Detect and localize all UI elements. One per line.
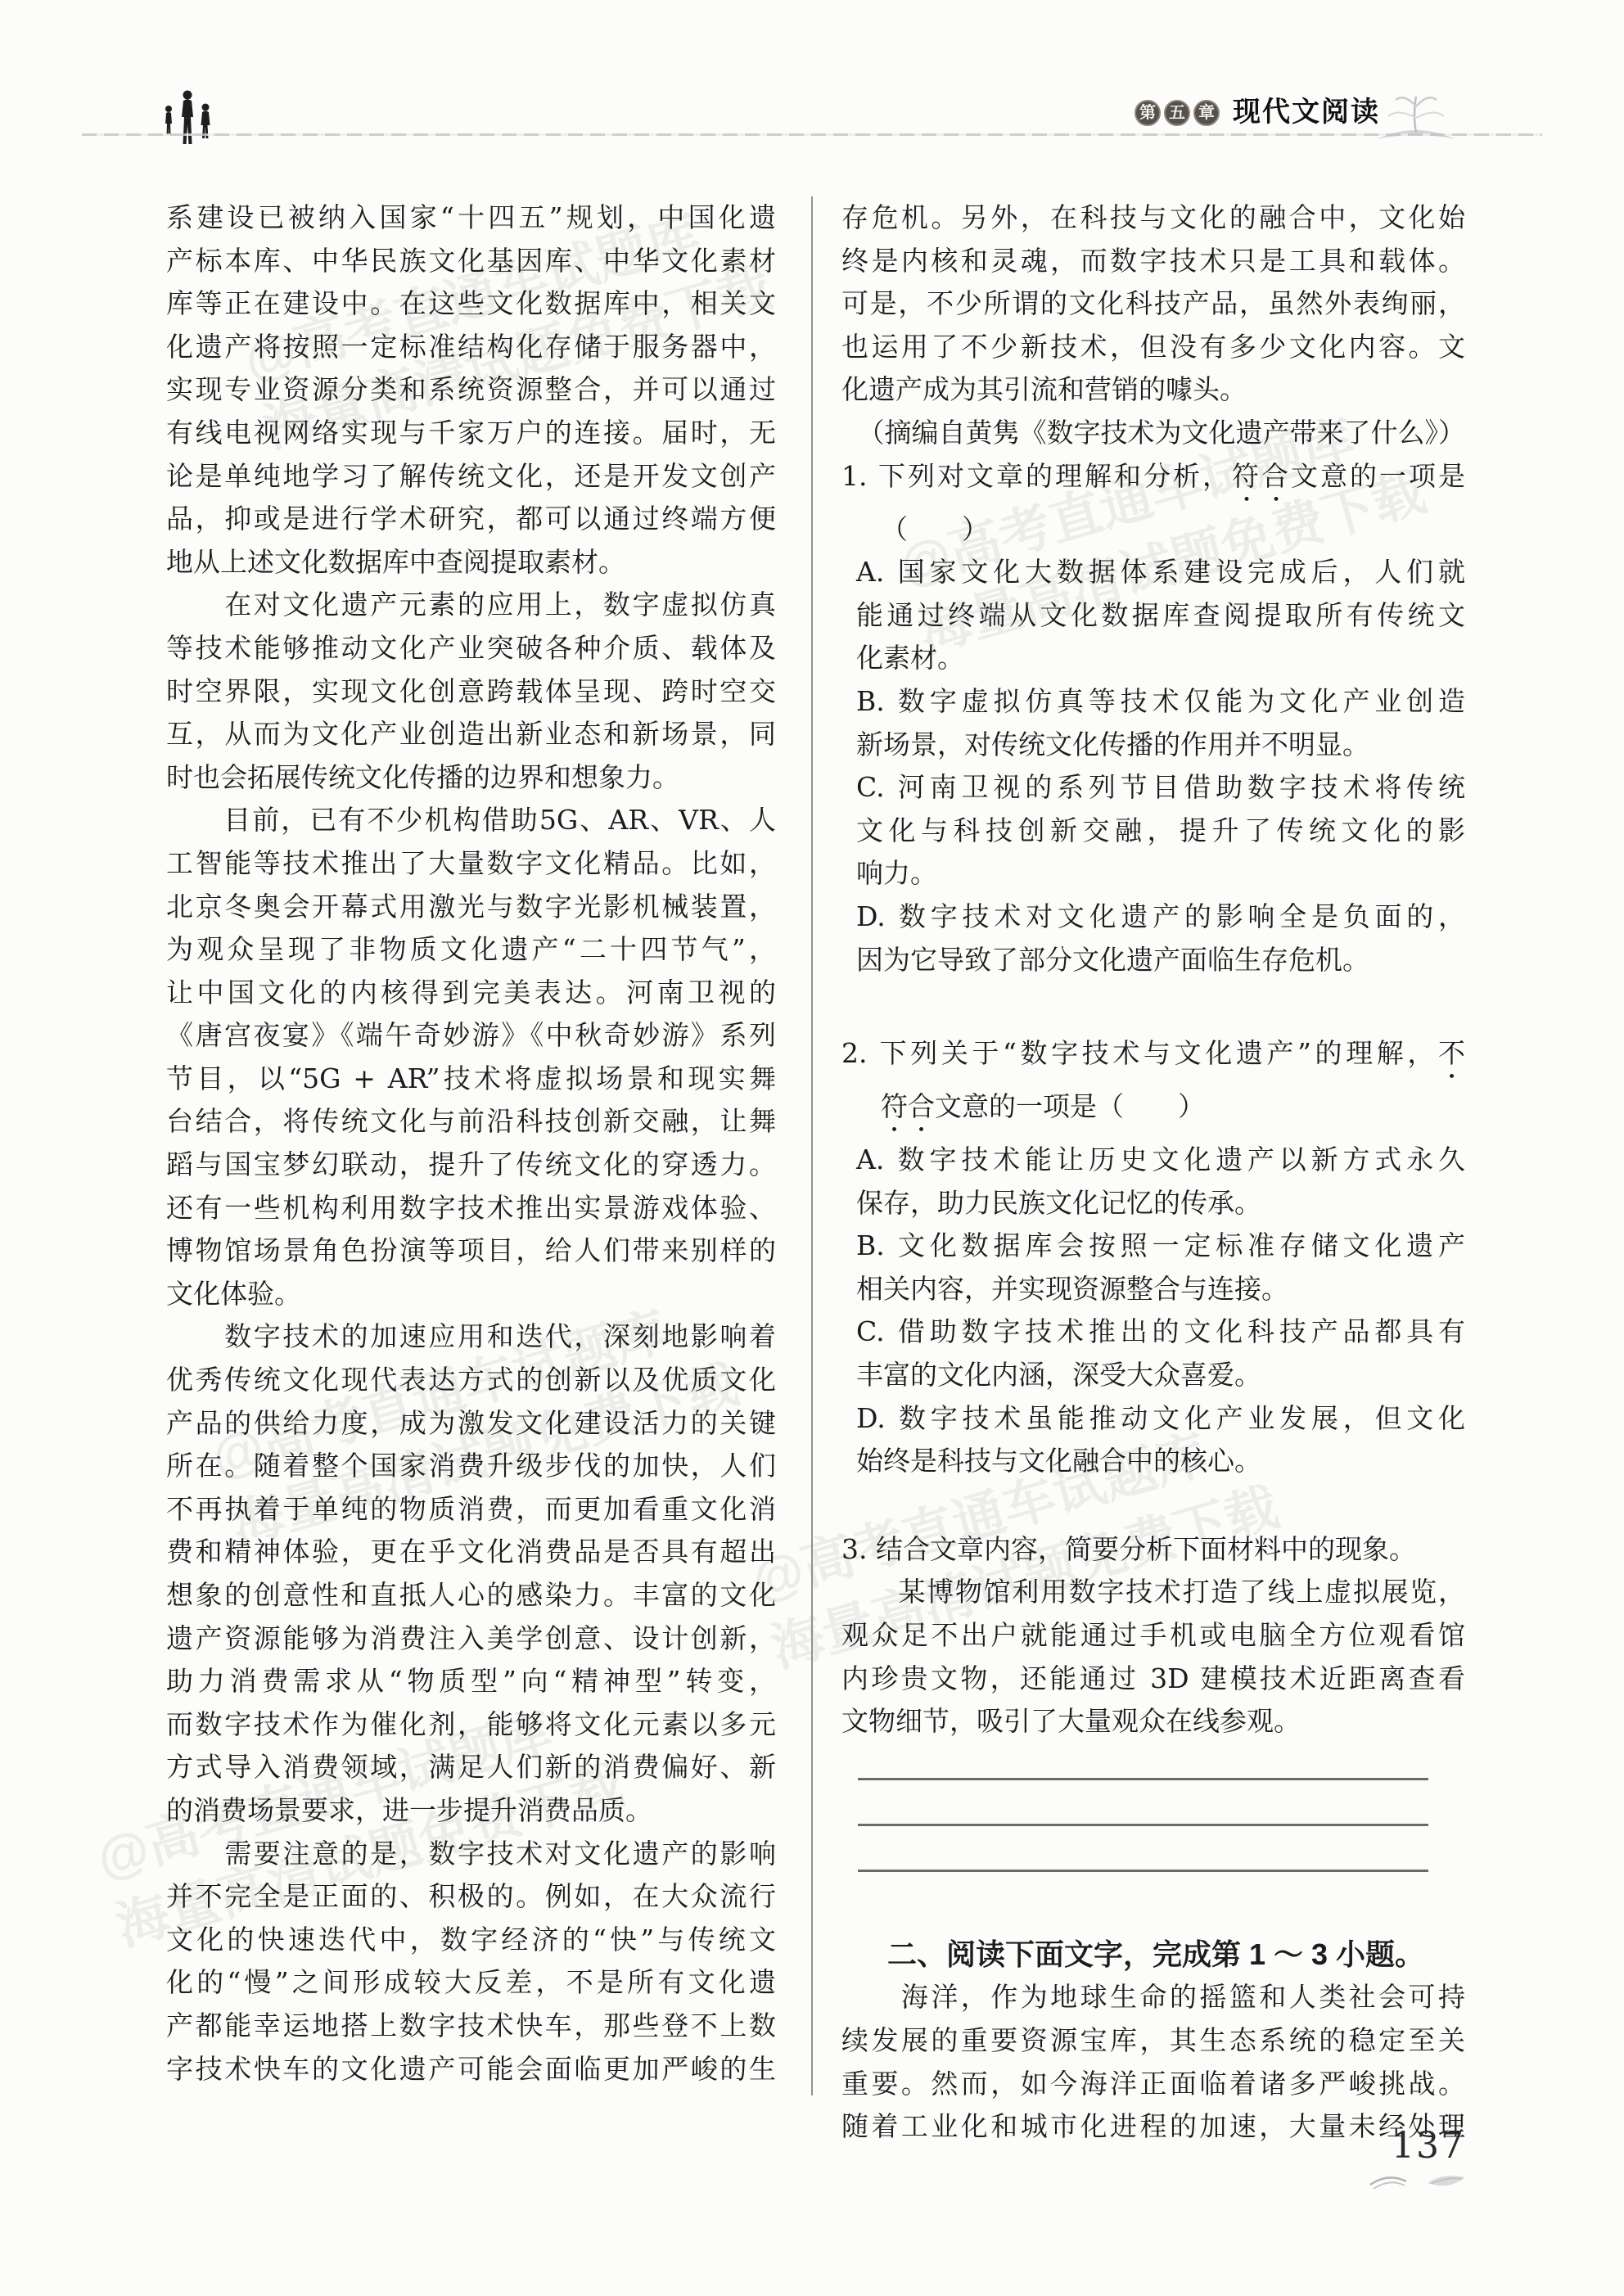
text-line: 观众足不出户就能通过手机或电脑全方位观看馆 <box>841 1614 1465 1658</box>
text-line: 符合文意的一项是（ ） <box>841 1085 1465 1139</box>
text-line: 新场景，对传统文化传播的作用并不明显。 <box>841 724 1465 767</box>
text-line: 因为它导致了部分文化遗产面临生存危机。 <box>841 939 1465 982</box>
people-silhouettes-icon <box>160 90 214 151</box>
text-line: 存危机。另外，在科技与文化的融合中，文化始 <box>841 196 1465 240</box>
text-line: C. 借助数字技术推出的文化科技产品都具有 <box>841 1310 1465 1354</box>
text-line: 想象的创意性和直抵人心的感染力。丰富的文化 <box>166 1574 776 1617</box>
text-line: 《唐宫夜宴》《端午奇妙游》《中秋奇妙游》系列 <box>166 1014 776 1058</box>
text-line: A. 数字技术能让历史文化遗产以新方式永久 <box>841 1139 1465 1182</box>
spacer <box>841 1483 1465 1528</box>
chapter-badge: 第 <box>1135 100 1161 126</box>
text-line: 终是内核和灵魂，而数字技术只是工具和载体。 <box>841 240 1465 283</box>
text-line: 所在。随着整个国家消费升级步伐的加快，人们 <box>166 1445 776 1488</box>
text-line: 响力。 <box>841 852 1465 895</box>
answer-blank-line <box>858 1743 1428 1780</box>
text-line: 让中国文化的内核得到完美表达。河南卫视的 <box>166 972 776 1015</box>
answer-blank-line <box>858 1780 1428 1826</box>
text-line: D. 数字技术对文化遗产的影响全是负面的， <box>841 895 1465 939</box>
text-line: 保存，助力民族文化记忆的传承。 <box>841 1182 1465 1225</box>
text-line: 3. 结合文章内容，简要分析下面材料中的现象。 <box>841 1528 1465 1572</box>
text-line: 内珍贵文物，还能通过 3D 建模技术近距离查看 <box>841 1658 1465 1701</box>
text-line: 有线电视网络实现与千家万户的连接。届时，无 <box>166 412 776 455</box>
text-line: 文物细节，吸引了大量观众在线参观。 <box>841 1700 1465 1743</box>
text-line: 库等正在建设中。在这些文化数据库中，相关文 <box>166 282 776 326</box>
text-line: 论是单纯地学习了解传统文化，还是开发文创产 <box>166 455 776 498</box>
text-line: 的消费场景要求，进一步提升消费品质。 <box>166 1789 776 1833</box>
text-line: 等技术能够推动文化产业突破各种介质、载体及 <box>166 627 776 670</box>
text-line: 博物馆场景角色扮演等项目，给人们带来别样的 <box>166 1229 776 1273</box>
text-line: 台结合，将传统文化与前沿科技创新交融，让舞 <box>166 1100 776 1143</box>
scanned-textbook-page: 第 五 章 现代文阅读 @高考直通车试题库海量高清试题免费下载 @高考直通车试题… <box>0 0 1624 2296</box>
spacer <box>841 981 1465 1032</box>
text-line: 而数字技术作为催化剂，能够将文化元素以多元 <box>166 1703 776 1747</box>
text-line: 化遗产将按照一定标准结构化存储于服务器中， <box>166 326 776 369</box>
spacer <box>841 1872 1465 1933</box>
header-divider <box>82 133 1542 136</box>
text-line: 相关内容，并实现资源整合与连接。 <box>841 1268 1465 1311</box>
text-line: B. 文化数据库会按照一定标准存储文化遗产 <box>841 1225 1465 1268</box>
text-line: 海洋，作为地球生命的摇篮和人类社会可持 <box>841 1976 1465 2019</box>
text-line: 也运用了不少新技术，但没有多少文化内容。文 <box>841 326 1465 369</box>
text-line: 在对文化遗产元素的应用上，数字虚拟仿真 <box>166 584 776 627</box>
text-line: 节目，以“5G + AR”技术将虚拟场景和现实舞 <box>166 1058 776 1101</box>
text-line: 丰富的文化内涵，深受大众喜爱。 <box>841 1354 1465 1397</box>
text-line: 地从上述文化数据库中查阅提取素材。 <box>166 541 776 584</box>
text-line: 产品的供给力度，成为激发文化建设活力的关键 <box>166 1402 776 1446</box>
text-line: 实现专业资源分类和系统资源整合，并可以通过 <box>166 368 776 412</box>
text-line: 并不完全是正面的、积极的。例如，在大众流行 <box>166 1875 776 1919</box>
text-line: 产标本库、中华民族文化基因库、中华文化素材 <box>166 240 776 283</box>
text-line: 遗产资源能够为消费注入美学创意、设计创新， <box>166 1617 776 1661</box>
text-line: 2. 下列关于“数字技术与文化遗产”的理解，不 <box>841 1032 1465 1085</box>
chapter-badge-group: 第 五 章 <box>1135 100 1220 126</box>
chapter-badge: 五 <box>1164 100 1190 126</box>
text-line: 工智能等技术推出了大量数字文化精品。比如， <box>166 842 776 886</box>
text-line: 北京冬奥会开幕式用激光与数字光影机械装置， <box>166 886 776 929</box>
text-line: 可是，不少所谓的文化科技产品，虽然外表绚丽， <box>841 282 1465 326</box>
page-title: 现代文阅读 <box>1233 97 1380 128</box>
text-line: A. 国家文化大数据体系建设完成后，人们就 <box>841 551 1465 594</box>
text-line: 时空界限，实现文化创意跨载体呈现、跨时空交 <box>166 670 776 714</box>
text-line: 能通过终端从文化数据库查阅提取所有传统文 <box>841 594 1465 638</box>
text-line: （摘编自黄隽《数字技术为文化遗产带来了什么》） <box>841 412 1465 455</box>
text-line: 某博物馆利用数字技术打造了线上虚拟展览， <box>841 1571 1465 1614</box>
text-line: 还有一些机构利用数字技术推出实景游戏体验、 <box>166 1187 776 1230</box>
text-line: 费和精神体验，更在乎文化消费品是否具有超出 <box>166 1531 776 1574</box>
text-line: 1. 下列对文章的理解和分析，符合文意的一项是 <box>841 455 1465 508</box>
text-line: 时也会拓展传统文化传播的边界和想象力。 <box>166 756 776 800</box>
text-line: 产都能幸运地搭上数字技术快车，那些登不上数 <box>166 2005 776 2048</box>
text-line: 优秀传统文化现代表达方式的创新以及优质文化 <box>166 1359 776 1402</box>
answer-blank-line <box>858 1826 1428 1872</box>
text-line: 蹈与国宝梦幻联动，提升了传统文化的穿透力。 <box>166 1143 776 1187</box>
text-line: 文化的快速迭代中，数字经济的“快”与传统文 <box>166 1919 776 1962</box>
footer-flourish-icon <box>1365 2169 1472 2197</box>
reading-text-left-column: 系建设已被纳入国家“十四五”规划，中国化遗产标本库、中华民族文化基因库、中华文化… <box>166 196 776 2091</box>
reading-text-right-column: 存危机。另外，在科技与文化的融合中，文化始终是内核和灵魂，而数字技术只是工具和载… <box>841 196 1465 2149</box>
text-line: 为观众呈现了非物质文化遗产“二十四节气”， <box>166 928 776 972</box>
text-line: 字技术快车的文化遗产可能会面临更加严峻的生 <box>166 2048 776 2091</box>
text-line: 系建设已被纳入国家“十四五”规划，中国化遗 <box>166 196 776 240</box>
book-flourish-icon <box>1374 85 1459 157</box>
text-line: 文化体验。 <box>166 1273 776 1316</box>
text-line: D. 数字技术虽能推动文化产业发展，但文化 <box>841 1397 1465 1441</box>
text-line: 不再执着于单纯的物质消费，而更加看重文化消 <box>166 1488 776 1531</box>
text-line: 随着工业化和城市化进程的加速，大量未经处理 <box>841 2105 1465 2149</box>
text-line: 化遗产成为其引流和营销的噱头。 <box>841 368 1465 412</box>
text-line: 品，抑或是进行学术研究，都可以通过终端方便 <box>166 498 776 541</box>
text-line: 助力消费需求从“物质型”向“精神型”转变， <box>166 1660 776 1703</box>
text-line: C. 河南卫视的系列节目借助数字技术将传统 <box>841 766 1465 810</box>
text-line: 始终是科技与文化融合中的核心。 <box>841 1440 1465 1483</box>
chapter-badge: 章 <box>1193 100 1220 126</box>
text-line: 数字技术的加速应用和迭代，深刻地影响着 <box>166 1315 776 1359</box>
text-line: （ ） <box>841 508 1465 552</box>
text-line: 需要注意的是，数字技术对文化遗产的影响 <box>166 1833 776 1876</box>
column-divider <box>811 196 813 2095</box>
text-line: 二、阅读下面文字，完成第 1 ～ 3 小题。 <box>841 1933 1465 1977</box>
text-line: 文化与科技创新交融，提升了传统文化的影 <box>841 810 1465 853</box>
text-line: 互，从而为文化产业创造出新业态和新场景，同 <box>166 713 776 756</box>
page-number: 137 <box>1392 2127 1465 2166</box>
text-line: 化的“慢”之间形成较大反差，不是所有文化遗 <box>166 1961 776 2005</box>
text-line: 方式导入消费领域，满足人们新的消费偏好、新 <box>166 1746 776 1789</box>
text-line: 化素材。 <box>841 637 1465 680</box>
text-line: 目前，已有不少机构借助5G、AR、VR、人 <box>166 799 776 842</box>
text-line: 重要。然而，如今海洋正面临着诸多严峻挑战。 <box>841 2063 1465 2106</box>
text-line: 续发展的重要资源宝库，其生态系统的稳定至关 <box>841 2019 1465 2063</box>
text-line: B. 数字虚拟仿真等技术仅能为文化产业创造 <box>841 680 1465 724</box>
